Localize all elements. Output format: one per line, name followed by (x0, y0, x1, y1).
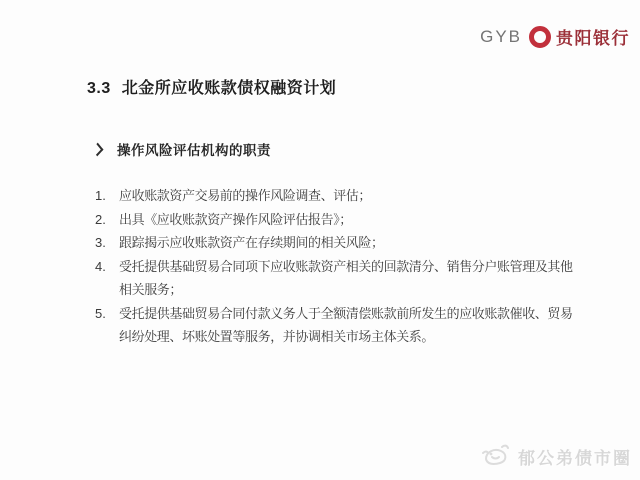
slide-title-number: 3.3 (87, 80, 111, 97)
arrow-bullet-icon (92, 143, 104, 157)
list-item-number: 5. (95, 302, 119, 326)
slide-page: GYB 贵阳银行 3.3北金所应收账款债权融资计划 操作风险评估机构的职责 1.… (0, 0, 640, 480)
list-item-text: 跟踪揭示应收账款资产在存续期间的相关风险； (119, 231, 575, 255)
list-item: 3. 跟踪揭示应收账款资产在存续期间的相关风险； (95, 231, 575, 255)
slide-title: 3.3北金所应收账款债权融资计划 (87, 78, 336, 100)
list-item-text: 受托提供基础贸易合同付款义务人于全额清偿账款前所发生的应收账款催收、贸易纠纷处理… (119, 302, 575, 349)
bank-name: 贵阳银行 (556, 24, 630, 49)
bank-logo: GYB 贵阳银行 (480, 24, 630, 49)
list-item-number: 3. (95, 231, 119, 255)
watermark-text: 郁公弟债市圈 (518, 444, 632, 469)
list-item-number: 1. (95, 184, 119, 208)
bank-abbr: GYB (480, 27, 522, 47)
watermark-mascot-icon (480, 443, 512, 469)
list-item: 4. 受托提供基础贸易合同项下应收账款资产相关的回款清分、销售分户账管理及其他相… (95, 255, 575, 302)
section-heading: 操作风险评估机构的职责 (117, 139, 271, 159)
list-item: 1. 应收账款资产交易前的操作风险调查、评估； (95, 184, 575, 208)
list-item-text: 受托提供基础贸易合同项下应收账款资产相关的回款清分、销售分户账管理及其他相关服务… (119, 255, 575, 302)
list-item: 2. 出具《应收账款资产操作风险评估报告》； (95, 208, 575, 232)
watermark: 郁公弟债市圈 (480, 443, 632, 469)
section-heading-row: 操作风险评估机构的职责 (93, 139, 271, 159)
list-item-number: 4. (95, 255, 119, 279)
numbered-list: 1. 应收账款资产交易前的操作风险调查、评估； 2. 出具《应收账款资产操作风险… (95, 184, 575, 349)
slide-title-text: 北金所应收账款债权融资计划 (122, 80, 337, 97)
list-item-text: 应收账款资产交易前的操作风险调查、评估； (119, 184, 575, 208)
bank-logo-ring-icon (529, 26, 551, 48)
list-item-text: 出具《应收账款资产操作风险评估报告》； (119, 208, 575, 232)
list-item-number: 2. (95, 208, 119, 232)
list-item: 5. 受托提供基础贸易合同付款义务人于全额清偿账款前所发生的应收账款催收、贸易纠… (95, 302, 575, 349)
